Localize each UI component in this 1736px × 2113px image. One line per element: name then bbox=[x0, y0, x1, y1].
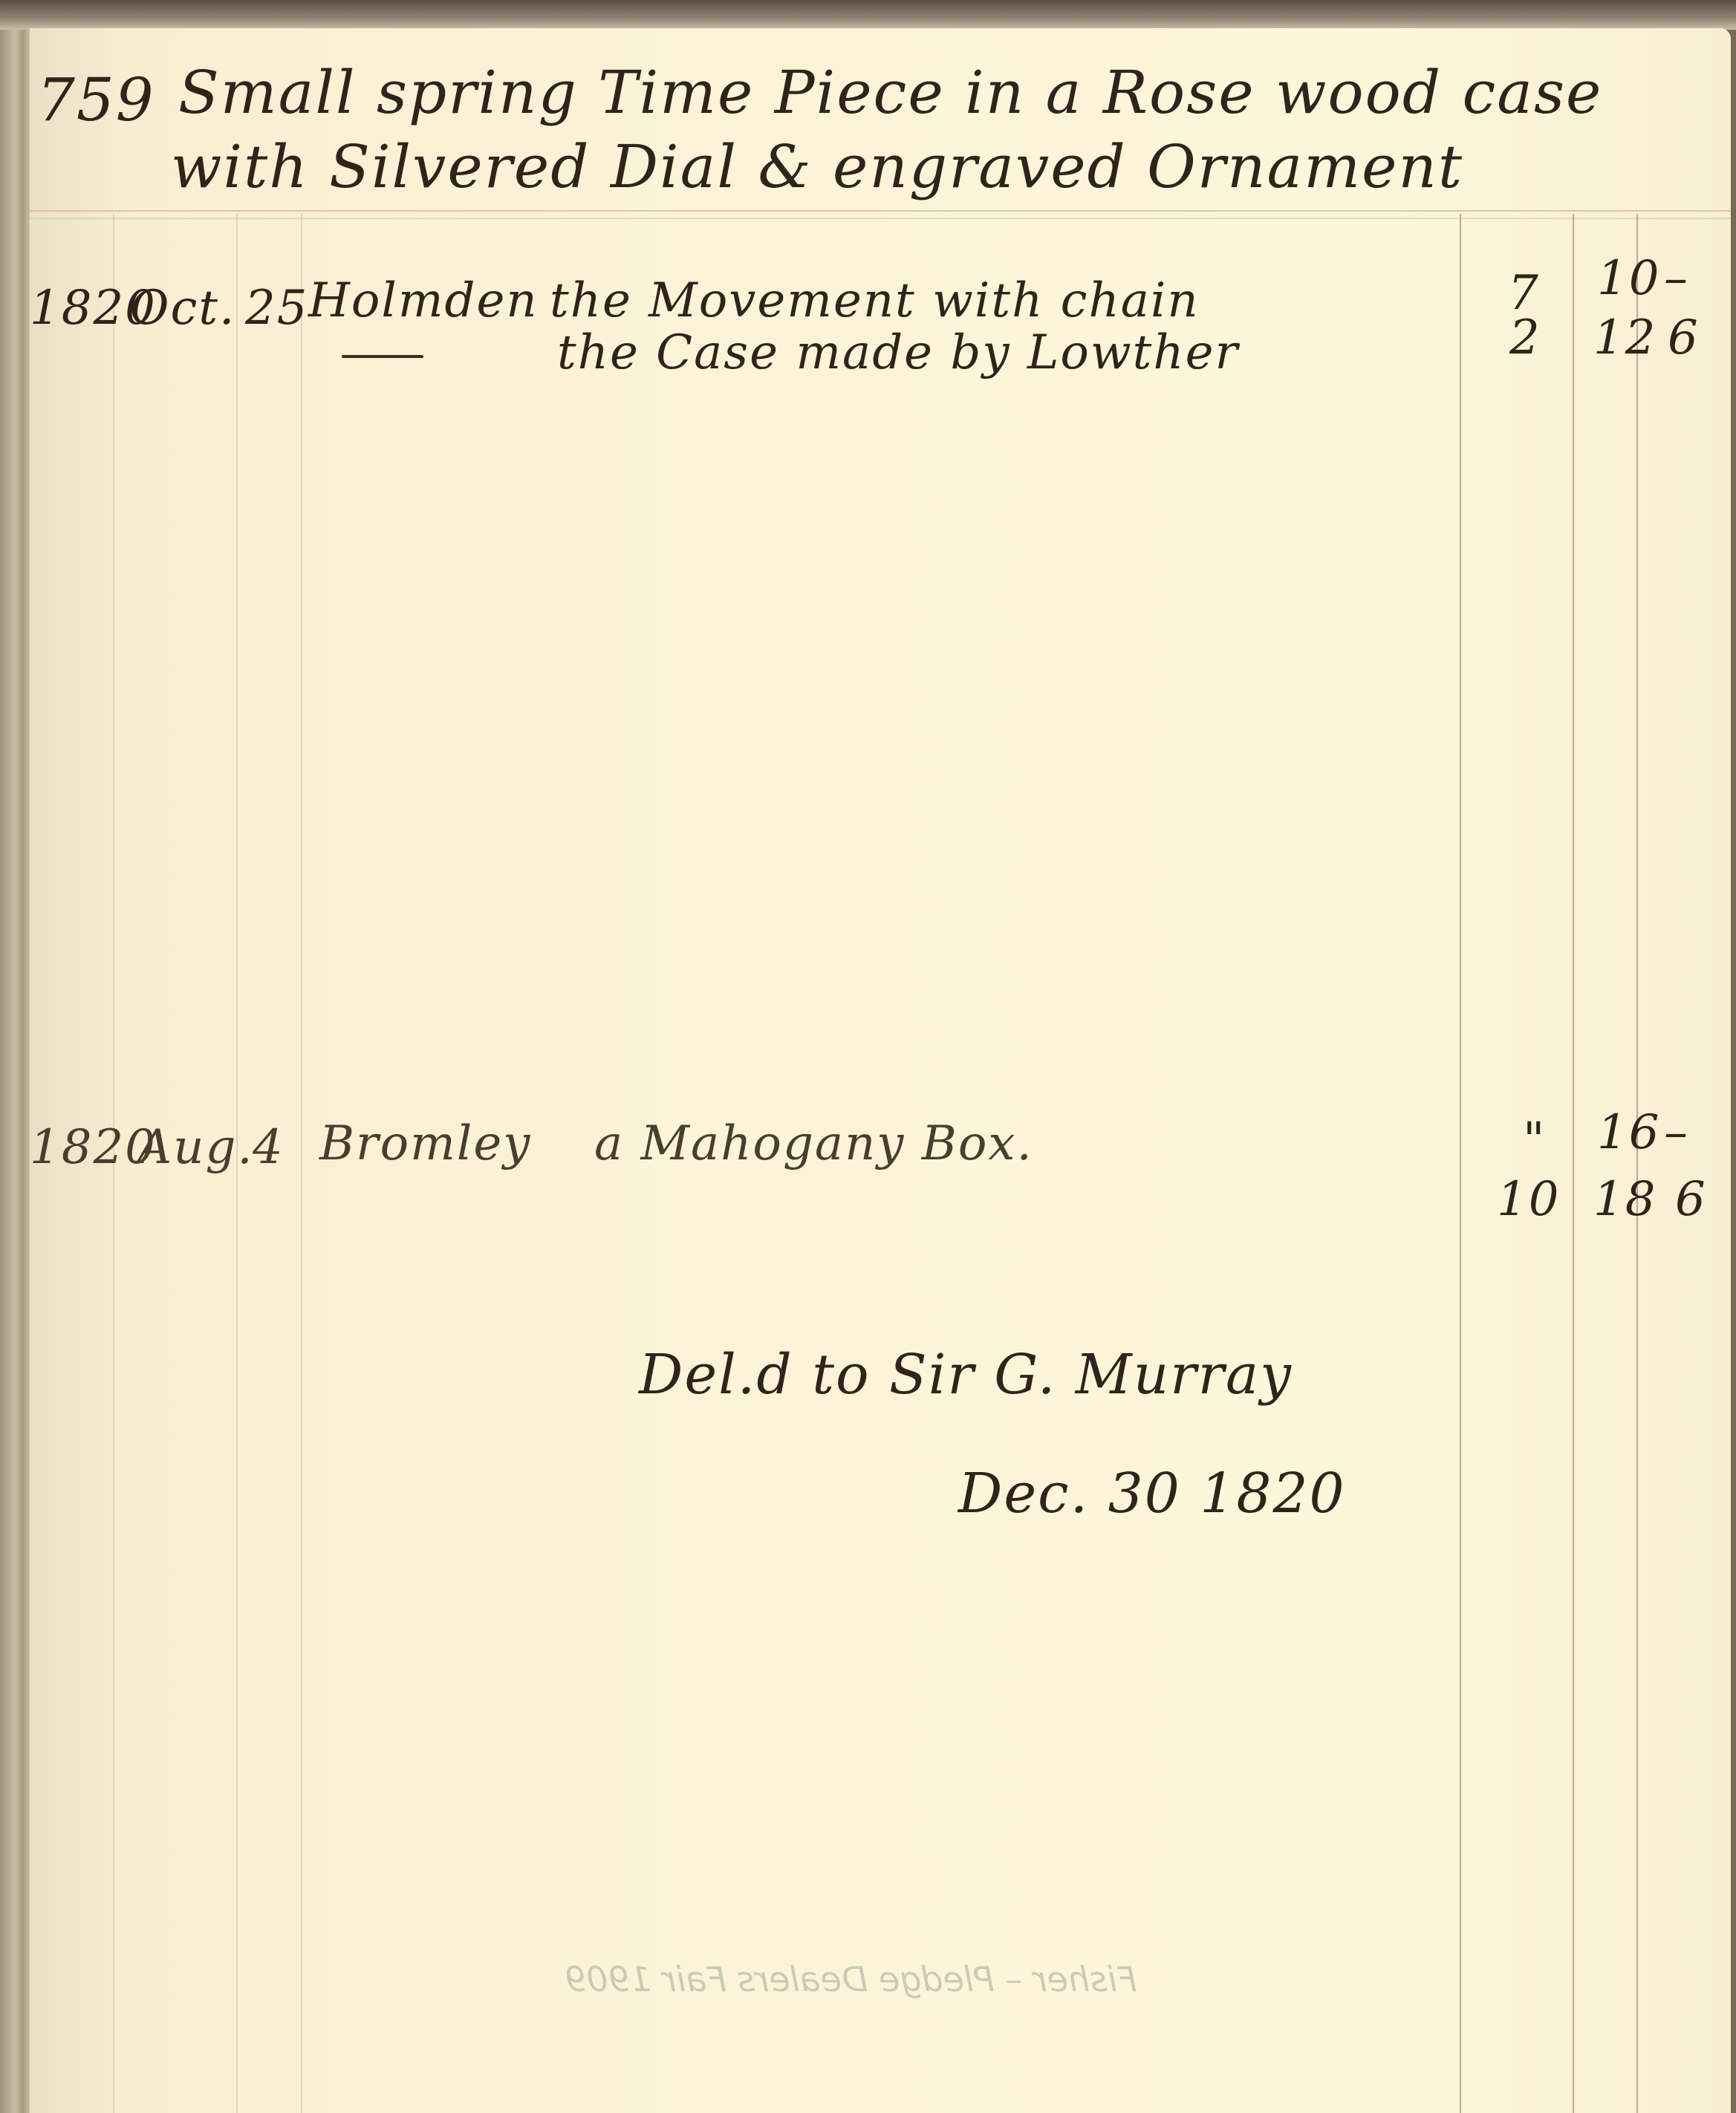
entry-2-description: the Case made by Lowther bbox=[557, 325, 1239, 380]
entry-1-pence: – bbox=[1664, 251, 1689, 306]
entry-3-shillings: 16 bbox=[1597, 1105, 1660, 1160]
delivery-note-date: Dec. 30 1820 bbox=[958, 1462, 1346, 1526]
header-rule bbox=[30, 210, 1731, 212]
entry-1-month: Oct. bbox=[130, 281, 235, 336]
entry-2-shillings: 12 bbox=[1593, 310, 1657, 365]
entry-3-description: a Mahogany Box. bbox=[594, 1116, 1033, 1171]
entry-1-description: the Movement with chain bbox=[550, 273, 1200, 328]
entry-2-pounds: 2 bbox=[1509, 310, 1541, 365]
header-rule-2 bbox=[30, 218, 1731, 219]
column-rule-day bbox=[301, 214, 302, 2113]
entry-3-day: 4 bbox=[253, 1120, 285, 1175]
entry-3-maker: Bromley bbox=[319, 1116, 531, 1171]
page-stack-edge bbox=[0, 30, 33, 2113]
delivery-note-recipient: Del.d to Sir G. Murray bbox=[639, 1343, 1293, 1407]
entry-3-pounds: " bbox=[1523, 1113, 1546, 1168]
pencil-annotation: Fisher – Pledge Dealers Fair 1909 bbox=[565, 1959, 1137, 1999]
column-rule-pounds bbox=[1460, 214, 1461, 2113]
column-rule-pence bbox=[1636, 214, 1638, 2113]
book-binding-top bbox=[0, 0, 1736, 30]
heading-line-2: with Silvered Dial & engraved Ornament bbox=[171, 132, 1463, 201]
entry-1-day: 25 bbox=[245, 281, 308, 336]
item-number: 759 bbox=[37, 65, 155, 134]
heading-line-1: Small spring Time Piece in a Rose wood c… bbox=[178, 58, 1602, 127]
entry-1-shillings: 10 bbox=[1597, 251, 1660, 306]
entry-3-month: Aug. bbox=[137, 1120, 254, 1175]
total-pounds: 10 bbox=[1497, 1172, 1560, 1227]
entry-2-pence: 6 bbox=[1668, 310, 1700, 365]
entry-3-pence: – bbox=[1664, 1105, 1689, 1160]
ditto-dash bbox=[342, 355, 423, 358]
ledger-page: 759 Small spring Time Piece in a Rose wo… bbox=[30, 28, 1731, 2113]
entry-1-maker: Holmden bbox=[308, 273, 539, 328]
total-pence: 6 bbox=[1675, 1172, 1707, 1227]
column-rule-shillings bbox=[1573, 214, 1574, 2113]
total-shillings: 18 bbox=[1593, 1172, 1657, 1227]
